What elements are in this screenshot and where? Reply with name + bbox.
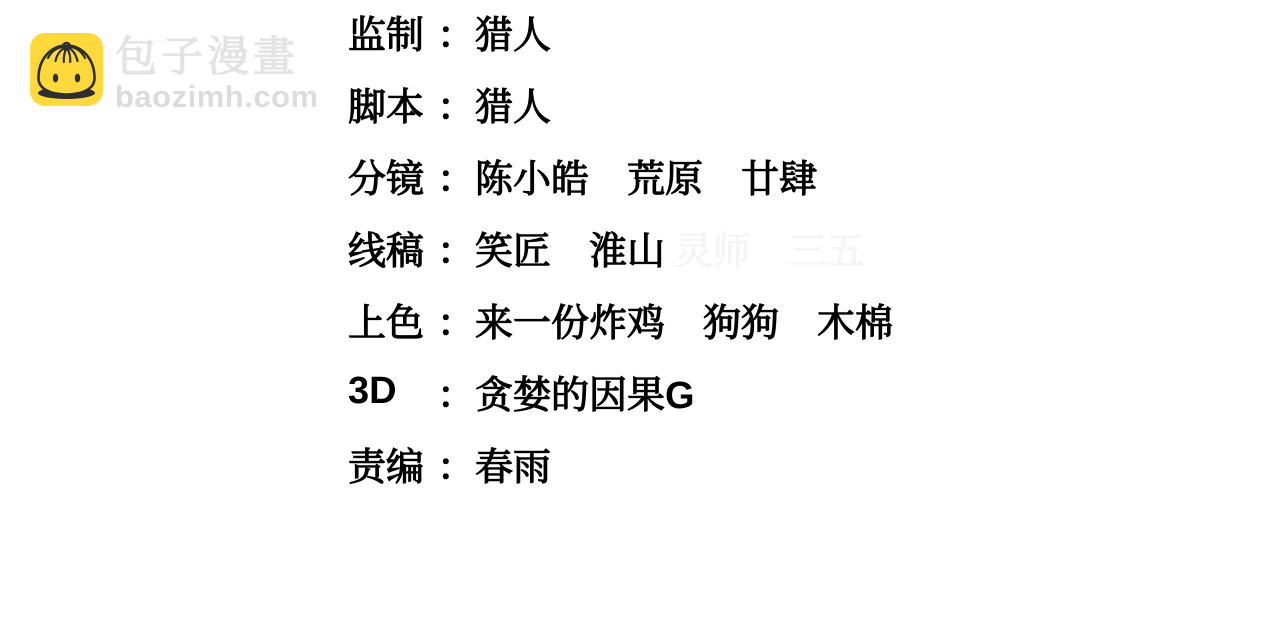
- baozi-logo-icon: [30, 33, 103, 106]
- credit-role-label: 3D: [348, 370, 437, 413]
- brand-text-block: 包子漫畫 baozimh.com: [115, 33, 319, 112]
- credit-colon: ：: [437, 292, 475, 347]
- brand-domain: baozimh.com: [115, 81, 319, 112]
- credit-row-3d: 3D ： 贪婪的因果G: [348, 355, 893, 427]
- credit-colon: ：: [437, 76, 475, 131]
- credit-names: 贪婪的因果G: [475, 364, 695, 419]
- credit-names-faint: 灵师 三五: [675, 220, 865, 275]
- brand-watermark: 包子漫畫 baozimh.com: [30, 33, 319, 112]
- credit-role-label: 分镜: [348, 148, 437, 203]
- credit-names: 陈小皓 荒原 廿肆: [475, 148, 817, 203]
- credit-colon: ：: [437, 4, 475, 59]
- credit-row-script: 脚本 ： 猎人: [348, 67, 893, 139]
- credit-names: 猎人: [475, 4, 551, 59]
- credit-colon: ：: [437, 220, 475, 275]
- brand-name: 包子漫畫: [115, 36, 319, 78]
- credit-role-label: 线稿: [348, 220, 437, 275]
- credits-list: 监制 ： 猎人 脚本 ： 猎人 分镜 ： 陈小皓 荒原 廿肆 线稿 ： 笑匠 淮…: [348, 0, 893, 499]
- comic-credits-page: 包子漫畫 baozimh.com 监制 ： 猎人 脚本 ： 猎人 分镜 ： 陈小…: [0, 0, 1280, 625]
- credit-role-label: 监制: [348, 4, 437, 59]
- credit-row-lineart: 线稿 ： 笑匠 淮山 灵师 三五: [348, 211, 893, 283]
- credit-row-storyboard: 分镜 ： 陈小皓 荒原 廿肆: [348, 139, 893, 211]
- credit-names: 春雨: [475, 436, 551, 491]
- credit-colon: ：: [437, 364, 475, 419]
- credit-names: 笑匠 淮山: [475, 220, 665, 275]
- credit-row-coloring: 上色 ： 来一份炸鸡 狗狗 木棉: [348, 283, 893, 355]
- credit-role-label: 脚本: [348, 76, 437, 131]
- credit-row-supervisor: 监制 ： 猎人: [348, 0, 893, 67]
- credit-names: 猎人: [475, 76, 551, 131]
- credit-role-label: 上色: [348, 292, 437, 347]
- credit-names: 来一份炸鸡 狗狗 木棉: [475, 292, 893, 347]
- credit-role-label: 责编: [348, 436, 437, 491]
- credit-row-editor: 责编 ： 春雨: [348, 427, 893, 499]
- credit-colon: ：: [437, 148, 475, 203]
- credit-colon: ：: [437, 436, 475, 491]
